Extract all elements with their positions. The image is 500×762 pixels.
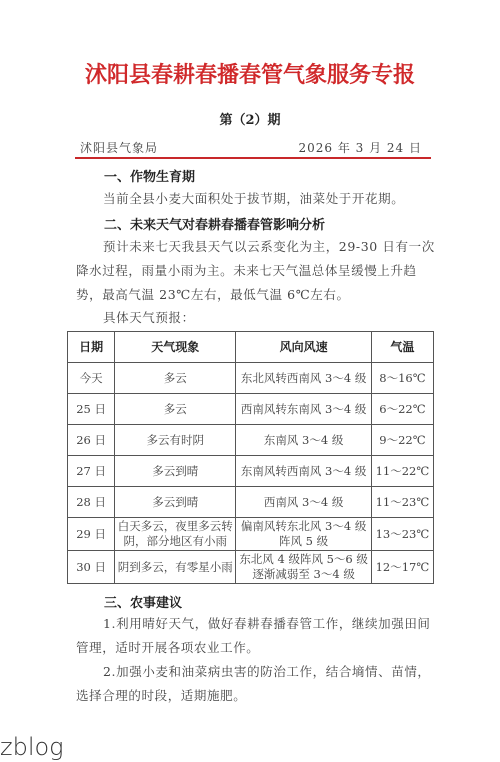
header-wind: 风向风速 [236,332,372,363]
table-row: 27 日 多云到晴 东南风转西南风 3～4 级 11～22℃ [68,456,434,487]
forecast-table: 日期 天气现象 风向风速 气温 今天 多云 东北风转西南风 3～4 级 8～16… [67,331,434,584]
cell-temp: 6～22℃ [371,394,433,425]
cell-weather: 白天多云，夜里多云转阴，部分地区有小雨 [115,518,236,551]
cell-date: 28 日 [68,487,115,518]
header-weather: 天气现象 [115,332,236,363]
table-row: 今天 多云 东北风转西南风 3～4 级 8～16℃ [68,363,434,394]
cell-temp: 13～23℃ [371,518,433,551]
header-temp: 气温 [371,332,433,363]
table-row: 28 日 多云到晴 西南风 3～4 级 11～23℃ [68,487,434,518]
issuing-organization: 沭阳县气象局 [80,139,158,156]
paragraph-advice-1: 1.利用晴好天气，做好春耕春播春管工作，继续加强田间管理，适时开展各项农业工作。 [76,612,436,660]
cell-wind: 东北风转西南风 3～4 级 [236,363,372,394]
cell-temp: 11～22℃ [371,456,433,487]
table-row: 26 日 多云有时阴 东南风 3～4 级 9～22℃ [68,425,434,456]
issue-date: 2026 年 3 月 24 日 [298,139,422,156]
paragraph-text: 当前全县小麦大面积处于拔节期，油菜处于开花期。 [103,191,404,206]
issue-number: 第（2）期 [0,109,500,128]
section-heading-weather-analysis: 二、未来天气对春耕春播春管影响分析 [104,214,325,233]
paragraph-text: 1.利用晴好天气，做好春耕春播春管工作，继续加强田间管理，适时开展各项农业工作。 [76,616,431,655]
cell-temp: 12～17℃ [371,551,433,584]
cell-weather: 多云 [115,394,236,425]
header-date: 日期 [68,332,115,363]
cell-wind: 东北风 4 级阵风 5～6 级逐渐减弱至 3～4 级 [236,551,372,584]
paragraph-advice-2: 2.加强小麦和油菜病虫害的防治工作，结合墒情、苗情，选择合理的时段，适期施肥。 [76,660,436,708]
cell-weather: 多云有时阴 [115,425,236,456]
cell-weather: 多云到晴 [115,487,236,518]
cell-weather: 多云 [115,363,236,394]
cell-date: 29 日 [68,518,115,551]
report-title: 沭阳县春耕春播春管气象服务专报 [0,58,500,89]
cell-date: 27 日 [68,456,115,487]
cell-date: 30 日 [68,551,115,584]
cell-wind: 偏南风转东北风 3～4 级阵风 5 级 [236,518,372,551]
cell-wind: 东南风 3～4 级 [236,425,372,456]
table-row: 25 日 多云 西南风转东南风 3～4 级 6～22℃ [68,394,434,425]
paragraph-text: 预计未来七天我县天气以云系变化为主，29-30 日有一次降水过程，雨量小雨为主。… [76,239,435,302]
cell-date: 26 日 [68,425,115,456]
cell-wind: 西南风转东南风 3～4 级 [236,394,372,425]
cell-temp: 9～22℃ [371,425,433,456]
paragraph-weather-analysis: 预计未来七天我县天气以云系变化为主，29-30 日有一次降水过程，雨量小雨为主。… [76,235,436,307]
cell-wind: 西南风 3～4 级 [236,487,372,518]
table-row: 30 日 阴到多云，有零星小雨 东北风 4 级阵风 5～6 级逐渐减弱至 3～4… [68,551,434,584]
section-heading-farming-advice: 三、农事建议 [104,592,182,611]
cell-weather: 多云到晴 [115,456,236,487]
header-divider [75,157,431,159]
cell-temp: 11～23℃ [371,487,433,518]
section-heading-crop-stage: 一、作物生育期 [104,166,195,185]
paragraph-text: 2.加强小麦和油菜病虫害的防治工作，结合墒情、苗情，选择合理的时段，适期施肥。 [76,664,431,703]
paragraph-text: 具体天气预报： [103,310,195,325]
cell-wind: 东南风转西南风 3～4 级 [236,456,372,487]
table-header-row: 日期 天气现象 风向风速 气温 [68,332,434,363]
watermark: zblog [0,733,64,761]
cell-temp: 8～16℃ [371,363,433,394]
paragraph-crop-stage: 当前全县小麦大面积处于拔节期，油菜处于开花期。 [76,187,436,211]
cell-date: 今天 [68,363,115,394]
cell-date: 25 日 [68,394,115,425]
cell-weather: 阴到多云，有零星小雨 [115,551,236,584]
table-row: 29 日 白天多云，夜里多云转阴，部分地区有小雨 偏南风转东北风 3～4 级阵风… [68,518,434,551]
paragraph-forecast-intro: 具体天气预报： [76,306,436,330]
